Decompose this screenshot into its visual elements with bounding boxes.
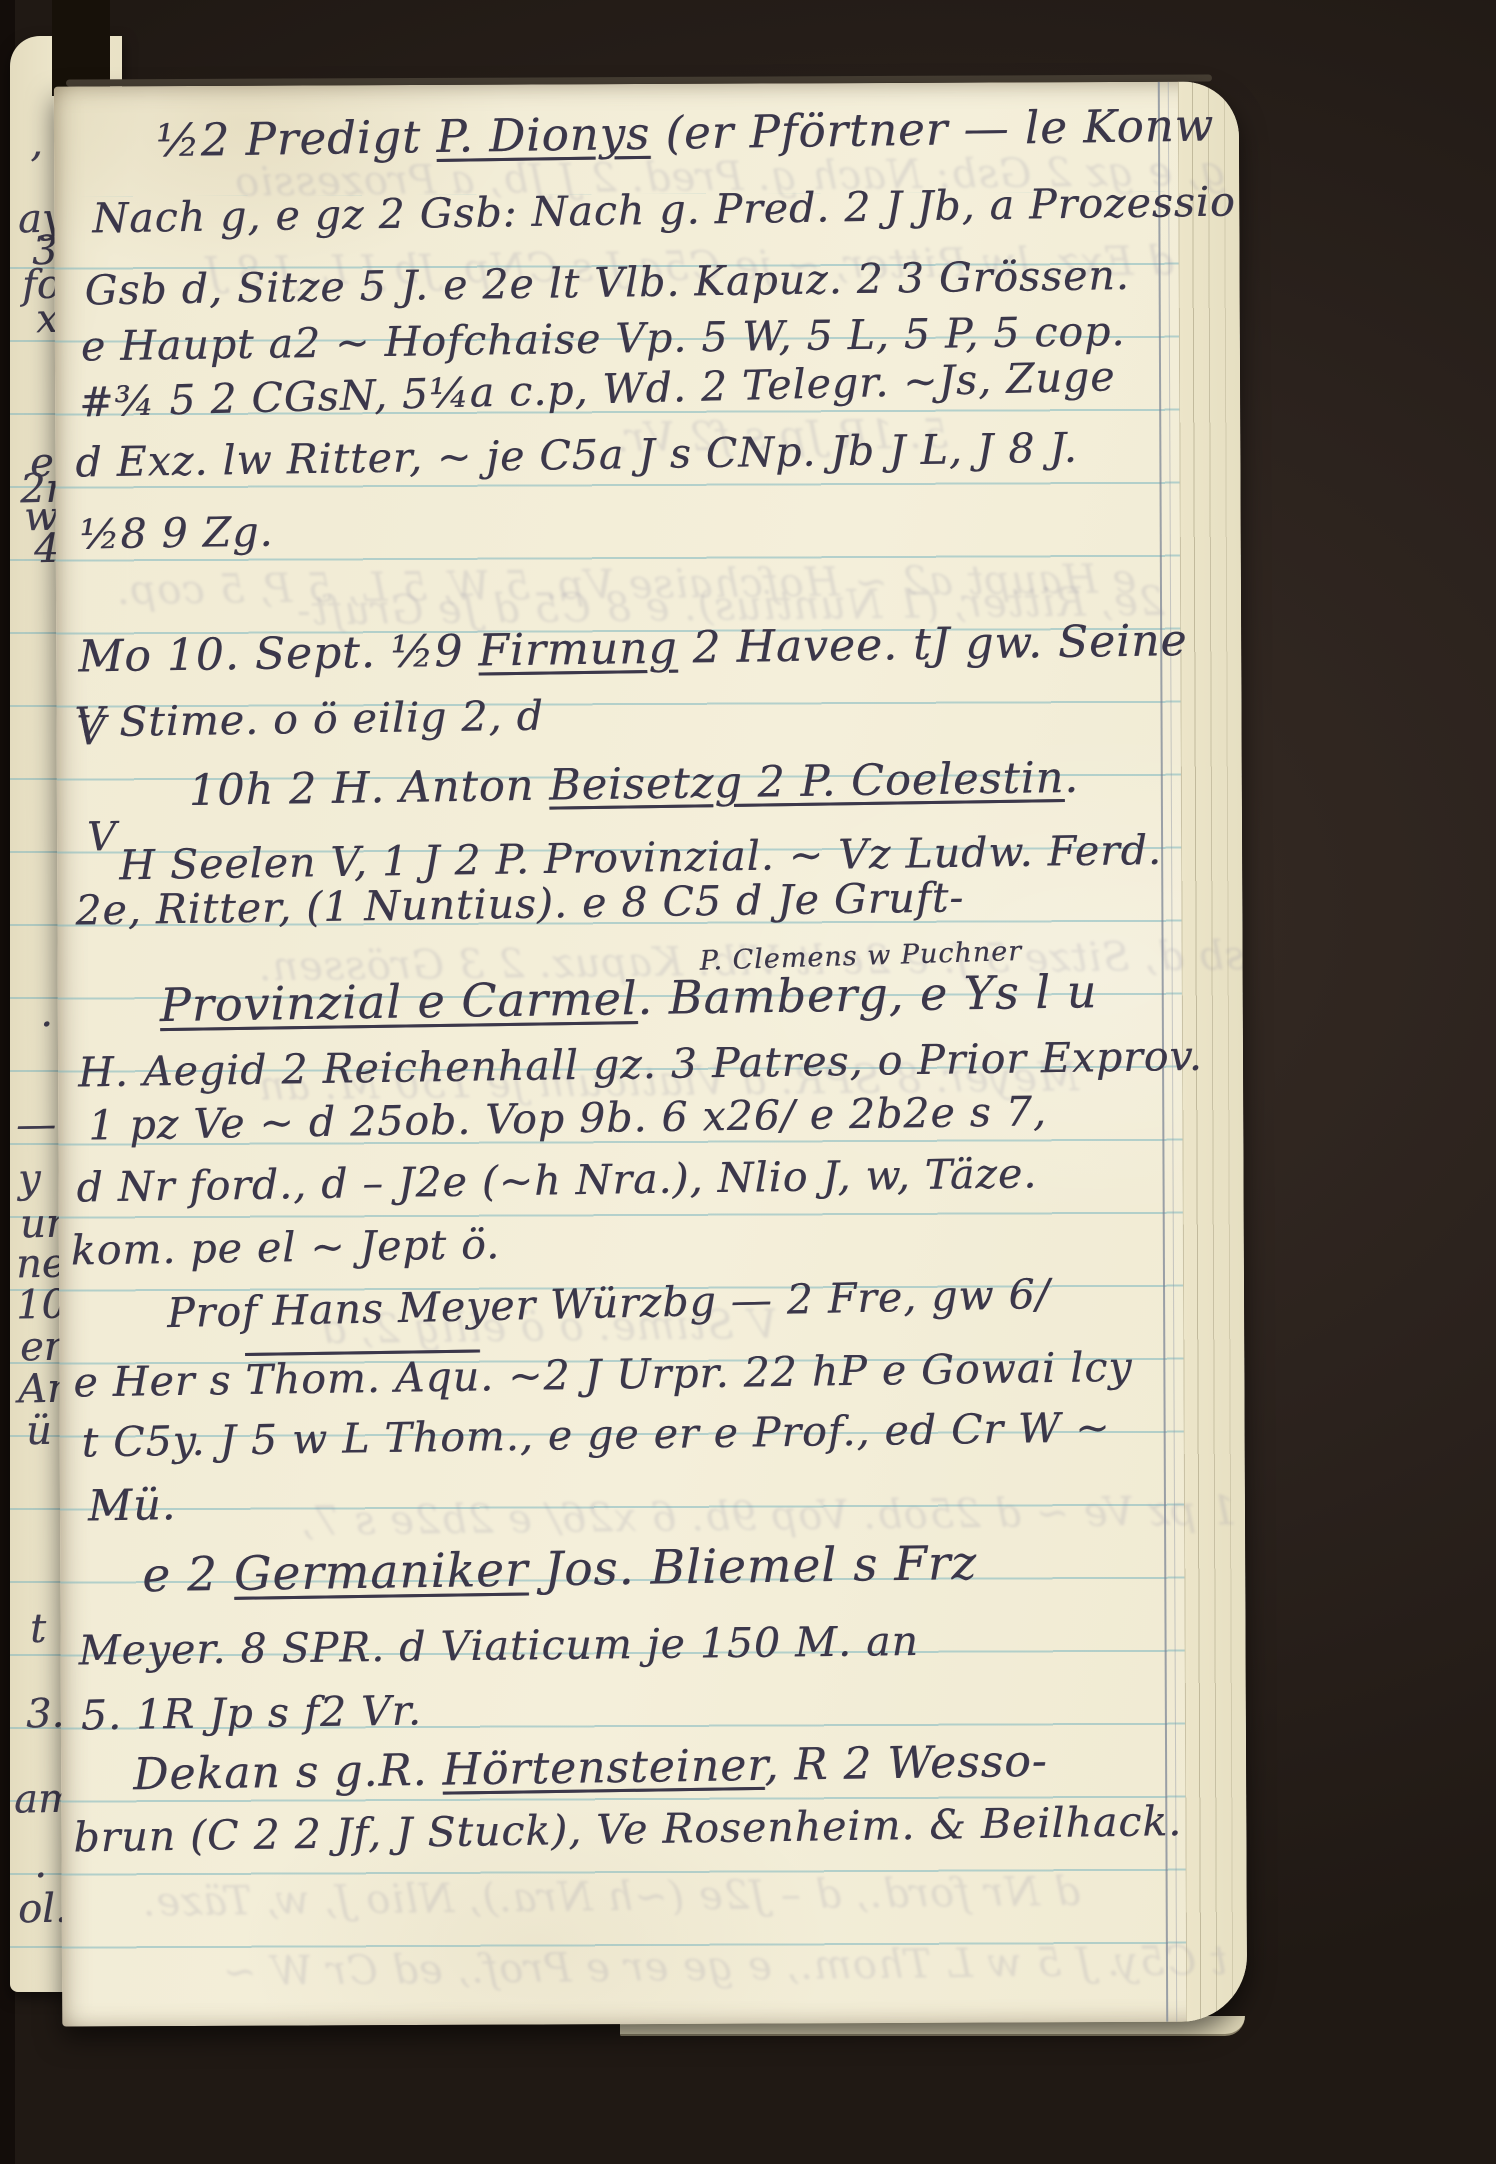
handwriting-line: kom. pe el ~ Jept ö.: [70, 1220, 500, 1274]
handwriting-line: 5. 1R Jp s f2 Vr.: [81, 1686, 423, 1739]
handwriting-line: Provinzial e Carmel. Bamberg, e Ys l u: [159, 964, 1097, 1032]
handwriting-line: e 2 Germaniker Jos. Bliemel s Frz: [142, 1536, 978, 1603]
handwriting-line: ½8 9 Zg.: [79, 508, 273, 559]
notebook-photo: ,ay3foxe2rw4.—yurne10erAnüt3.am,.ol. Nac…: [0, 0, 1496, 2164]
underlined-text: Germaniker: [233, 1542, 528, 1601]
handwriting-text: 10h 2 H. Anton: [188, 761, 549, 816]
handwriting-text: 5. 1R Jp s f2 Vr.: [81, 1686, 423, 1739]
handwriting-text: d Nr ford., d – J2e (~h Nra.), Nlio J, w…: [76, 1149, 1037, 1211]
underlined-text: Beisetzg 2 P. Coelestin: [549, 753, 1065, 811]
handwriting-text: Nach g, e gz 2 Gsb: Nach g. Pred. 2 J Jb…: [92, 177, 1236, 242]
prev-page-fragment: ol.: [18, 1886, 68, 1933]
handwriting-text: , R 2 Wesso-: [764, 1736, 1048, 1791]
handwriting-line: Nach g, e gz 2 Gsb: Nach g. Pred. 2 J Jb…: [92, 177, 1236, 242]
handwriting-text: d Exz. lw Ritter, ~ je C5a J s CNp. Jb J…: [75, 424, 1078, 487]
prev-page-fragment: —: [16, 1102, 57, 1149]
prev-page-fragment: .: [34, 1841, 48, 1887]
prev-page-fragment: 3.: [26, 1691, 65, 1738]
handwriting-line: d Nr ford., d – J2e (~h Nra.), Nlio J, w…: [76, 1149, 1037, 1211]
handwriting-text: . Bamberg, e Ys l u: [637, 964, 1098, 1025]
handwriting-line: Mo 10. Sept. ½9 Firmung 2 Havee. tJ gw. …: [78, 615, 1188, 682]
handwriting-text: V Stime. o ö eilig 2, d: [74, 692, 544, 747]
handwriting-text: (er Pförtner — le Konw: [650, 98, 1215, 159]
handwriting-line: V: [87, 814, 118, 860]
handwriting-layer: ½2 Predigt P. Dionys (er Pförtner — le K…: [54, 81, 1247, 2026]
underlined-text: P. Dionys: [436, 107, 651, 163]
handwriting-line: Meyer. 8 SPR. d Viaticum je 150 M. an: [78, 1617, 919, 1675]
handwriting-line: 10h 2 H. Anton Beisetzg 2 P. Coelestin.: [188, 753, 1079, 816]
prev-page-fragment: .: [40, 990, 54, 1036]
handwriting-line: t C5y. J 5 w L Thom., e ge er e Prof., e…: [81, 1403, 1111, 1466]
underlined-text: Provinzial e Carmel: [159, 971, 637, 1032]
prev-page-fragment: ,: [30, 120, 44, 166]
handwriting-text: V: [87, 814, 118, 860]
handwriting-text: Prof Hans Meyer Würzbg — 2 Fre, gw 6/: [167, 1270, 1051, 1337]
handwriting-line: ½2 Predigt P. Dionys (er Pförtner — le K…: [156, 98, 1215, 167]
handwriting-text: e Her s: [73, 1356, 246, 1407]
handwriting-text: Mo 10. Sept. ½9: [78, 626, 479, 683]
handwriting-text: t C5y. J 5 w L Thom., e ge er e Prof., e…: [81, 1403, 1111, 1466]
handwriting-text: ½2 Predigt: [156, 110, 437, 167]
handwriting-text: Meyer. 8 SPR. d Viaticum je 150 M. an: [78, 1617, 919, 1675]
handwriting-text: 2 Havee. tJ gw. Seine: [677, 615, 1188, 674]
handwriting-text: . ~2 J Urpr. 22 hP e Gowai lcy: [480, 1343, 1133, 1401]
underlined-text: Firmung: [478, 623, 678, 677]
handwriting-line: V: [76, 708, 107, 754]
prev-page-fragment: er: [20, 1324, 64, 1371]
prev-page-fragment: t: [30, 1606, 47, 1652]
handwriting-text: Mü.: [88, 1480, 177, 1531]
handwriting-text: .: [1064, 753, 1079, 803]
handwriting-text: Jos. Bliemel s Frz: [528, 1536, 978, 1598]
overlined-text: Thom. Aqu: [245, 1352, 480, 1403]
handwriting-line: 1 pz Ve ~ d 25ob. Vop 9b. 6 x26/ e 2b2e …: [88, 1087, 1047, 1149]
notebook-page: Nach g, e gz 2 Gsb: Nach g. Pred. 2 J Jb…: [54, 81, 1247, 2026]
handwriting-line: brun (C 2 2 Jf, J Stuck), Ve Rosenheim. …: [73, 1797, 1182, 1861]
handwriting-line: V Stime. o ö eilig 2, d: [74, 692, 544, 747]
handwriting-text: brun (C 2 2 Jf, J Stuck), Ve Rosenheim. …: [73, 1797, 1182, 1861]
handwriting-line: Gsb d, Sitze 5 J. e 2e lt Vlb. Kapuz. 2 …: [84, 251, 1130, 314]
handwriting-text: ½8 9 Zg.: [79, 508, 273, 559]
prev-page-fragment: y: [18, 1156, 41, 1202]
prev-page-fragment: ü: [26, 1408, 53, 1454]
handwriting-line: Prof Hans Meyer Würzbg — 2 Fre, gw 6/: [167, 1270, 1051, 1337]
underlined-text: Hörtensteiner: [442, 1740, 765, 1796]
handwriting-text: Gsb d, Sitze 5 J. e 2e lt Vlb. Kapuz. 2 …: [84, 251, 1130, 314]
handwriting-line: e Her s Thom. Aqu. ~2 J Urpr. 22 hP e Go…: [73, 1343, 1133, 1407]
handwriting-line: Mü.: [88, 1480, 177, 1531]
handwriting-text: Dekan s g.R.: [133, 1745, 443, 1801]
handwriting-line: d Exz. lw Ritter, ~ je C5a J s CNp. Jb J…: [75, 424, 1078, 487]
handwriting-text: V: [76, 708, 107, 754]
handwriting-text: 1 pz Ve ~ d 25ob. Vop 9b. 6 x26/ e 2b2e …: [88, 1087, 1047, 1149]
handwriting-text: e 2: [142, 1547, 234, 1603]
handwriting-text: kom. pe el ~ Jept ö.: [70, 1220, 500, 1274]
handwriting-line: Dekan s g.R. Hörtensteiner, R 2 Wesso-: [133, 1736, 1048, 1801]
